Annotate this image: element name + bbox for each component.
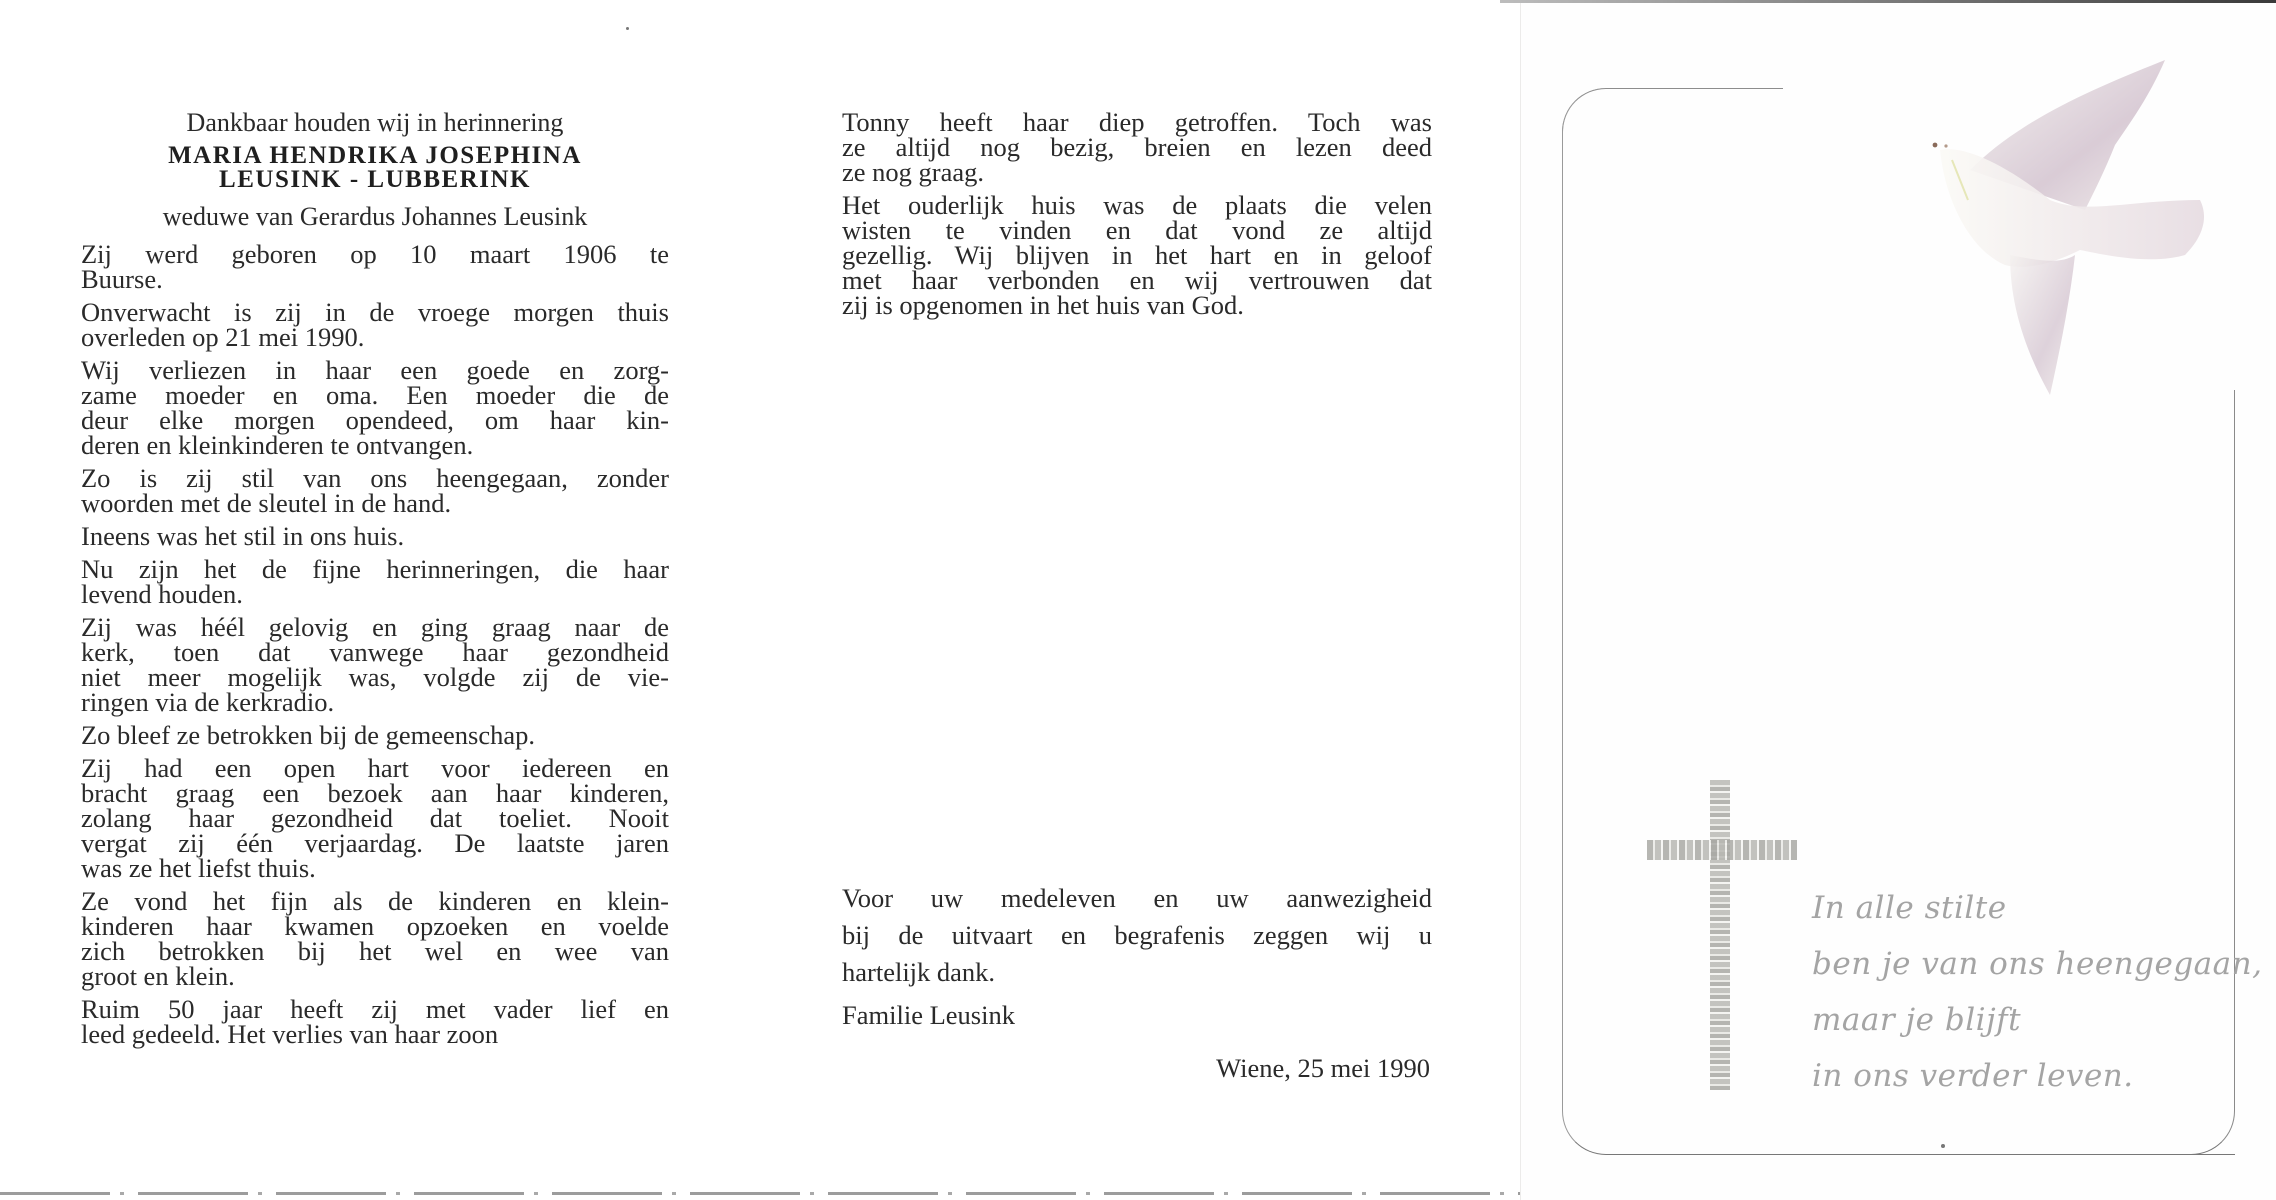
paragraph: Zij werd geboren op 10 maart 1906 teBuur… bbox=[81, 242, 669, 292]
paragraph: Zo bleef ze betrokken bij de gemeenschap… bbox=[81, 723, 669, 748]
deceased-name-line1: MARIA HENDRIKA JOSEPHINA bbox=[81, 144, 669, 168]
obituary-left-column: Dankbaar houden wij in herinnering MARIA… bbox=[81, 108, 669, 1055]
paragraph: Wij verliezen in haar een goede en zorg-… bbox=[81, 358, 669, 458]
text-line: Zij werd geboren op 10 maart 1906 te bbox=[81, 242, 669, 267]
obituary-middle-column: Tonny heeft haar diep getroffen. Toch wa… bbox=[842, 110, 1432, 326]
memorial-poem: In alle stilteben je van ons heengegaan,… bbox=[1812, 880, 2232, 1104]
text-line: leed gedeeld. Het verlies van haar zoon bbox=[81, 1022, 669, 1047]
poem-line: ben je van ons heengegaan, bbox=[1812, 936, 2232, 992]
deceased-name-line2: LEUSINK - LUBBERINK bbox=[81, 168, 669, 192]
text-line: hartelijk dank. bbox=[842, 954, 1432, 991]
text-line: ringen via de kerkradio. bbox=[81, 690, 669, 715]
text-line: groot en klein. bbox=[81, 964, 669, 989]
poem-line: maar je blijft bbox=[1812, 992, 2232, 1048]
text-line: zij is opgenomen in het huis van God. bbox=[842, 293, 1432, 318]
text-line: Zo bleef ze betrokken bij de gemeenschap… bbox=[81, 723, 669, 748]
poem-line: In alle stilte bbox=[1812, 880, 2232, 936]
text-line: Ineens was het stil in ons huis. bbox=[81, 524, 669, 549]
paragraph: Zo is zij stil van ons heengegaan, zonde… bbox=[81, 466, 669, 516]
poem-line: in ons verder leven. bbox=[1812, 1048, 2232, 1104]
thank-you-note: Voor uw medeleven en uw aanwezigheidbij … bbox=[842, 880, 1432, 991]
paragraph: Ineens was het stil in ons huis. bbox=[81, 524, 669, 549]
scan-bottom-edge bbox=[0, 1192, 1520, 1195]
text-line: deren en kleinkinderen te ontvangen. bbox=[81, 433, 669, 458]
paragraph: Onverwacht is zij in de vroege morgen th… bbox=[81, 300, 669, 350]
paragraph: Nu zijn het de fijne herinneringen, die … bbox=[81, 557, 669, 607]
widow-of-line: weduwe van Gerardus Johannes Leusink bbox=[81, 202, 669, 232]
paragraph: Ze vond het fijn als de kinderen en klei… bbox=[81, 889, 669, 989]
text-line: woorden met de sleutel in de hand. bbox=[81, 491, 669, 516]
scan-top-edge bbox=[1500, 0, 2276, 3]
dove-icon bbox=[1900, 50, 2240, 410]
text-line: Buurse. bbox=[81, 267, 669, 292]
middle-paragraphs: Tonny heeft haar diep getroffen. Toch wa… bbox=[842, 110, 1432, 318]
paragraph: Zij was héél gelovig en ging graag naar … bbox=[81, 615, 669, 715]
paragraph: Zij had een open hart voor iedereen enbr… bbox=[81, 756, 669, 881]
left-paragraphs: Zij werd geboren op 10 maart 1906 teBuur… bbox=[81, 242, 669, 1047]
text-line: overleden op 21 mei 1990. bbox=[81, 325, 669, 350]
cross-bar bbox=[1647, 840, 1797, 860]
cross-icon bbox=[1710, 780, 1730, 1090]
paragraph: Het ouderlijk huis was de plaats die vel… bbox=[842, 193, 1432, 318]
paragraph: Tonny heeft haar diep getroffen. Toch wa… bbox=[842, 110, 1432, 185]
text-line: ze nog graag. bbox=[842, 160, 1432, 185]
family-signature: Familie Leusink bbox=[842, 1000, 1015, 1031]
text-line: was ze het liefst thuis. bbox=[81, 856, 669, 881]
paragraph: Ruim 50 jaar heeft zij met vader lief en… bbox=[81, 997, 669, 1047]
remembrance-heading: Dankbaar houden wij in herinnering bbox=[81, 108, 669, 138]
deceased-name: MARIA HENDRIKA JOSEPHINA LEUSINK - LUBBE… bbox=[81, 144, 669, 192]
text-line: levend houden. bbox=[81, 582, 669, 607]
text-line: Voor uw medeleven en uw aanwezigheid bbox=[842, 880, 1432, 917]
place-and-date: Wiene, 25 mei 1990 bbox=[1100, 1053, 1430, 1084]
speck bbox=[626, 27, 629, 30]
text-line: bij de uitvaart en begrafenis zeggen wij… bbox=[842, 917, 1432, 954]
